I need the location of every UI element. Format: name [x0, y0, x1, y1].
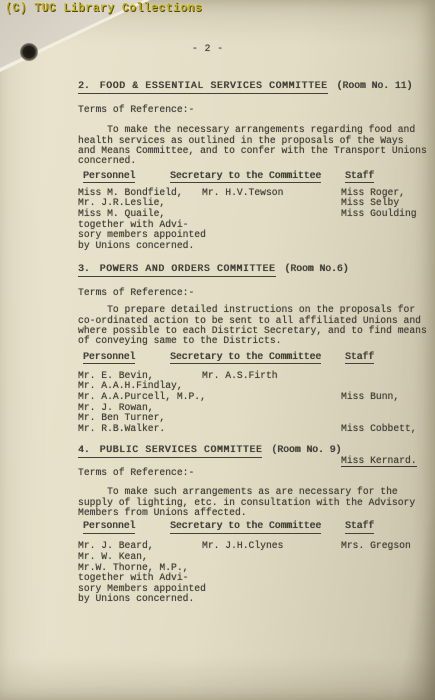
column-header-personnel: Personnel: [83, 171, 135, 183]
secretary-name: Mr. A.S.Firth: [202, 371, 278, 382]
column-header-secretary: Secretary to the Committee: [170, 521, 321, 533]
terms-paragraph: To prepare detailed instructions on the …: [78, 305, 429, 347]
section-title: FOOD & ESSENTIAL SERVICES COMMITTEE: [100, 80, 328, 91]
staff-member: Miss Cobbett,: [341, 424, 417, 435]
staff-list: Miss Bunn, Miss Cobbett, Miss Kernard.: [341, 371, 417, 489]
column-header-staff: Staff: [345, 352, 374, 364]
section-number: 4.: [78, 444, 90, 455]
terms-paragraph: To make the necessary arrangements regar…: [78, 125, 429, 167]
terms-of-reference-label: Terms of Reference:-: [78, 288, 429, 298]
section-number: 2.: [78, 80, 90, 91]
section-heading-powers-orders: 3.POWERS AND ORDERS COMMITTEE(Room No.6): [78, 264, 429, 276]
page-number: - 2 -: [192, 44, 429, 54]
column-header-personnel: Personnel: [83, 352, 135, 364]
committee-table: Mr. J. Beard, Mr. W. Kean, Mr.W. Thorne,…: [78, 541, 429, 605]
section-heading-food-services: 2.FOOD & ESSENTIAL SERVICES COMMITTEE(Ro…: [78, 81, 429, 93]
table-header-row: Personnel Secretary to the Committee Sta…: [78, 352, 429, 364]
section-title: PUBLIC SERVICES COMMITTEE: [100, 444, 263, 455]
hole-punch: [20, 43, 38, 61]
section-title: POWERS AND ORDERS COMMITTEE: [100, 263, 276, 274]
staff-list: Mrs. Gregson: [341, 541, 411, 552]
column-header-secretary: Secretary to the Committee: [170, 171, 321, 183]
room-number: (Room No. 11): [337, 80, 413, 91]
column-header-staff: Staff: [345, 521, 374, 533]
document-content: - 2 - 2.FOOD & ESSENTIAL SERVICES COMMIT…: [78, 0, 429, 605]
secretary-name: Mr. H.V.Tewson: [202, 188, 283, 199]
column-header-personnel: Personnel: [83, 521, 135, 533]
staff-member-underlined: Miss Kernard.: [341, 456, 417, 468]
terms-of-reference-label: Terms of Reference:-: [78, 105, 429, 115]
terms-paragraph: To make such arrangements as are necessa…: [78, 487, 429, 518]
room-number: (Room No.6): [285, 263, 349, 274]
scanned-document-page: (C) TUC Library Collections - 2 - 2.FOOD…: [0, 0, 435, 700]
secretary-name: Mr. J.H.Clynes: [202, 541, 283, 552]
staff-list: Miss Roger, Miss Selby Miss Goulding: [341, 188, 417, 220]
committee-table: Mr. E. Bevin, Mr. A.A.H.Findlay, Mr. A.A…: [78, 371, 429, 435]
table-header-row: Personnel Secretary to the Committee Sta…: [78, 171, 429, 183]
committee-table: Miss M. Bondfield, Mr. J.R.Leslie, Miss …: [78, 188, 429, 252]
table-header-row: Personnel Secretary to the Committee Sta…: [78, 521, 429, 533]
column-header-staff: Staff: [345, 171, 374, 183]
room-number: (Room No. 9): [271, 444, 341, 455]
column-header-secretary: Secretary to the Committee: [170, 352, 321, 364]
staff-member: Miss Bunn,: [341, 392, 417, 403]
section-number: 3.: [78, 263, 90, 274]
